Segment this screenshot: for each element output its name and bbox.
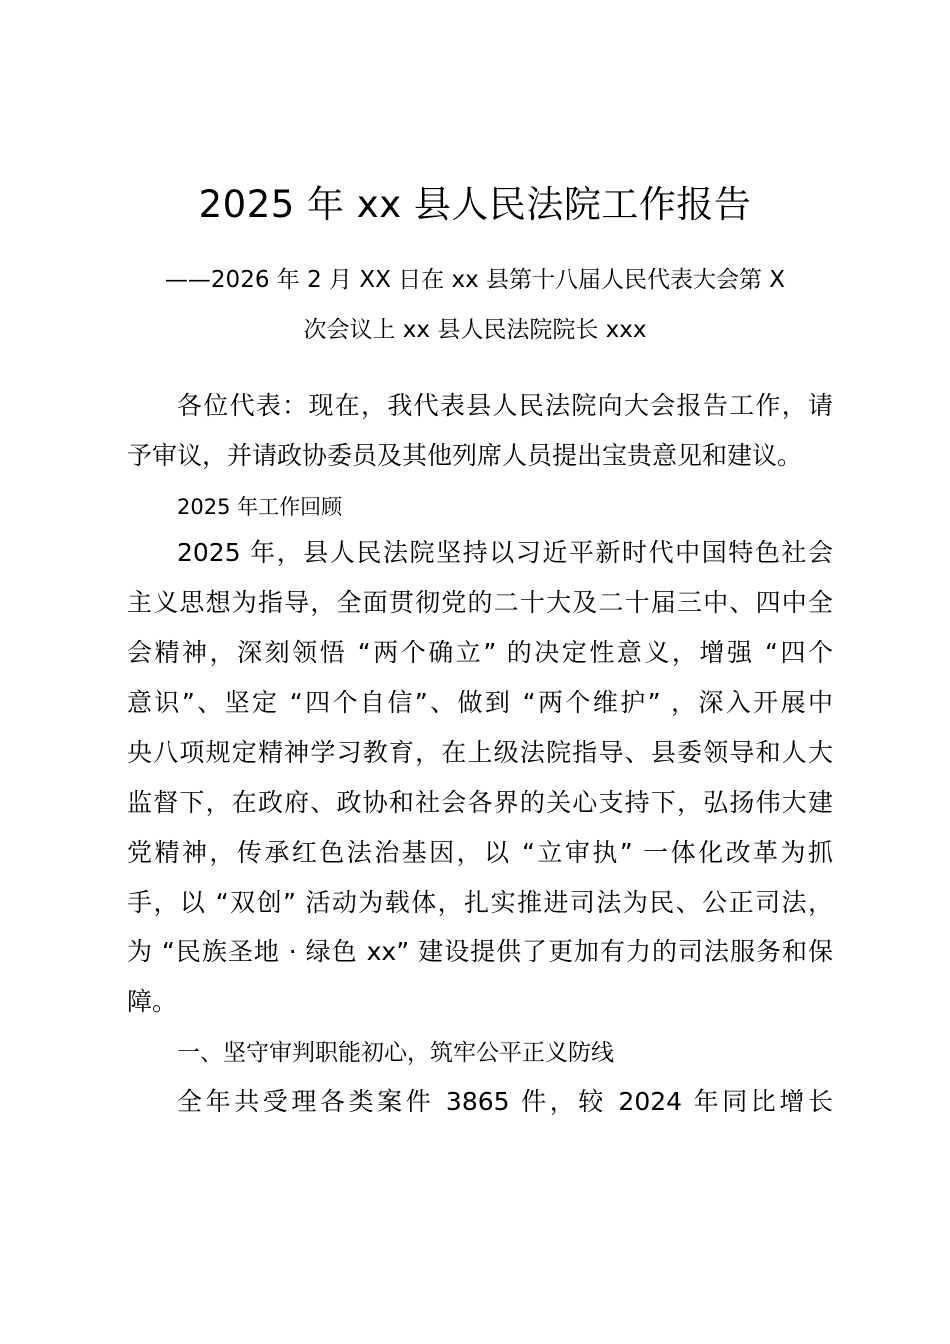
review-line-6: 监督下，在政府、政协和社会各界的关心支持下，弘扬伟大建 (127, 788, 833, 818)
review-line-9: 为 “民族圣地 · 绿色 xx” 建设提供了更加有力的司法服务和保 (127, 937, 833, 967)
review-line-8: 手，以 “双创” 活动为载体，扎实推进司法为民、公正司法， (127, 888, 833, 918)
opening-line-2: 予审议，并请政协委员及其他列席人员提出宝贵意见和建议。 (127, 441, 833, 471)
review-line-2: 主义思想为指导，全面贯彻党的二十大及二十届三中、四中全 (127, 588, 833, 618)
review-line-5: 央八项规定精神学习教育，在上级法院指导、县委领导和人大 (127, 738, 833, 768)
section-heading-one: 一、坚守审判职能初心，筑牢公平正义防线 (177, 1038, 833, 1068)
opening-line-1: 各位代表：现在，我代表县人民法院向大会报告工作，请 (177, 391, 833, 421)
review-line-3: 会精神，深刻领悟 “两个确立” 的决定性意义，增强 “四个 (127, 638, 833, 668)
document-title: 2025 年 xx 县人民法院工作报告 (0, 181, 950, 229)
review-line-7: 党精神，传承红色法治基因，以 “立审执” 一体化改革为抓 (127, 838, 833, 868)
review-line-1: 2025 年，县人民法院坚持以习近平新时代中国特色社会 (177, 538, 833, 568)
document-subtitle-line-2: 次会议上 xx 县人民法院院长 xxx (0, 315, 950, 345)
section-one-line-1: 全年共受理各类案件 3865 件，较 2024 年同比增长 (177, 1087, 833, 1117)
review-line-10: 障。 (127, 987, 833, 1017)
section-heading-review: 2025 年工作回顾 (177, 492, 833, 522)
review-line-4: 意识”、坚定 “四个自信”、做到 “两个维护” ，深入开展中 (127, 688, 833, 718)
document-subtitle-line-1: ——2026 年 2 月 XX 日在 xx 县第十八届人民代表大会第 X (0, 265, 950, 295)
